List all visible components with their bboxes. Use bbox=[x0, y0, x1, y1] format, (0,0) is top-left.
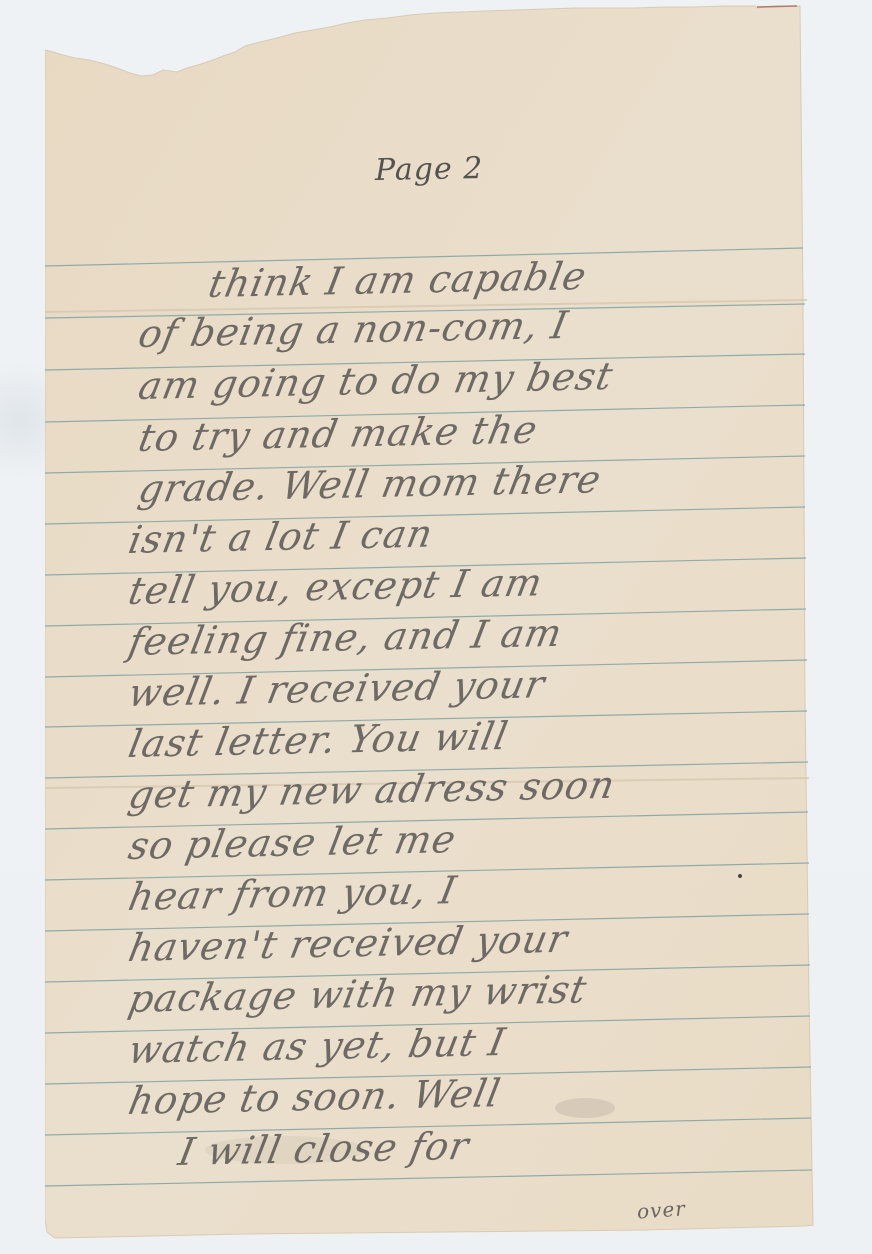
continued-over-note: over bbox=[636, 1196, 686, 1223]
letter-line: think I am capable bbox=[205, 254, 591, 306]
letter-line: isn't a lot I can bbox=[125, 511, 437, 562]
letter-line: hope to soon. Well bbox=[125, 1071, 504, 1123]
letter-line: so please let me bbox=[125, 817, 460, 868]
letter-page: Page 2 think I am capable of being a non… bbox=[45, 0, 817, 1254]
letter-line: to try and make the bbox=[135, 407, 542, 460]
letter-line: haven't received your bbox=[125, 917, 572, 970]
letter-line: last letter. You will bbox=[125, 714, 512, 766]
letter-line: well. I received your bbox=[125, 662, 549, 715]
letter-line: hear from you, I bbox=[125, 868, 460, 919]
letter-line: I will close for bbox=[175, 1124, 473, 1174]
letter-line: watch as yet, but I bbox=[125, 1020, 509, 1072]
letter-line: tell you, except I am bbox=[125, 560, 547, 613]
letter-line: of being a non-com, I bbox=[135, 303, 572, 356]
page-number-heading: Page 2 bbox=[375, 151, 484, 188]
letter-line: feeling fine, and I am bbox=[125, 611, 566, 664]
